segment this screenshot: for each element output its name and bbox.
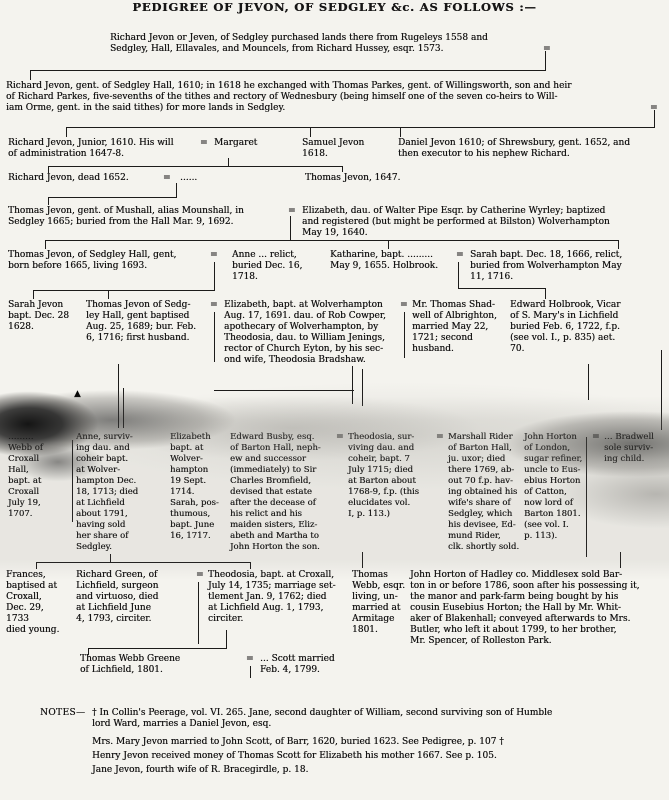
connector-line [36, 562, 250, 563]
connector-line [72, 440, 73, 522]
entry-gen7-thomas-jevon: Thomas Jevon of Sedg- ley Hall, gent bap… [86, 300, 196, 344]
entry-gen10-thomas-webb-greene: Thomas Webb Greene of Lichfield, 1801. [80, 654, 180, 676]
connector-line [108, 290, 109, 299]
connector-line [33, 290, 215, 291]
entry-gen8-marshall-rider: Marshall Rider of Barton Hall, ju. uxor;… [448, 432, 519, 553]
connector-line [110, 554, 111, 562]
connector-line [458, 288, 545, 289]
marriage-equals: = [400, 300, 408, 310]
artifact-line [588, 364, 589, 400]
entry-gen7-sarah-jevon: Sarah Jevon bapt. Dec. 28 1628. [8, 300, 69, 333]
entry-gen4-richard-jevon-dead: Richard Jevon, dead 1652. [8, 173, 129, 184]
entry-gen8-webb-of-croxall: ……… Webb of Croxall Hall, bapt. at Croxa… [8, 432, 43, 520]
connector-line [342, 166, 343, 172]
entry-gen5-thomas-jevon-mushall: Thomas Jevon, gent. of Mushall, alias Mo… [8, 206, 244, 228]
entry-gen9-richard-green: Richard Green, of Lichfield, surgeon and… [76, 570, 158, 625]
entry-gen9-john-horton-hadley: John Horton of Hadley co. Middlesex sold… [410, 570, 639, 647]
entry-gen3-daniel-jevon: Daniel Jevon 1610; of Shrewsbury, gent. … [398, 138, 630, 160]
connector-line [30, 70, 546, 71]
entry-gen10-scott: ... Scott married Feb. 4, 1799. [260, 654, 335, 676]
connector-line [250, 666, 251, 678]
entry-gen6-katharine: Katharine, bapt. ......... May 9, 1655. … [330, 250, 438, 272]
connector-line [654, 110, 655, 127]
connector-line [45, 240, 618, 241]
entry-gen8-bradwell: … Bradwell sole surviv- ing child. [604, 432, 654, 465]
connector-line [388, 240, 389, 249]
connector-line [48, 197, 177, 198]
note-2: Mrs. Mary Jevon married to John Scott, o… [92, 737, 504, 748]
artifact-line [661, 350, 662, 430]
connector-line [458, 262, 459, 288]
entry-gen8-theodosia-jevon: Theodosia, sur- viving dau. and coheir, … [348, 432, 419, 520]
connector-line [45, 240, 46, 249]
connector-line [48, 166, 49, 173]
entry-gen4-unknown-wife: ...... [180, 173, 197, 184]
entry-gen8-john-horton-london: John Horton of London, sugar refiner, un… [524, 432, 582, 542]
marriage-equals: = [436, 432, 444, 442]
marriage-equals: = [210, 250, 218, 260]
connector-line [250, 562, 251, 569]
note-1: † In Collin's Peerage, vol. VI. 265. Jan… [92, 708, 552, 730]
artifact-line [362, 369, 363, 406]
entry-gen3-margaret: Margaret [214, 138, 257, 149]
connector-line [36, 562, 37, 569]
note-3: Henry Jevon received money of Thomas Sco… [92, 751, 497, 762]
marriage-equals: = [210, 300, 218, 310]
connector-line [66, 127, 655, 128]
pedigree-document-page: PEDIGREE OF JEVON, OF SEDGLEY &c. AS FOL… [0, 0, 669, 800]
artifact-line [352, 366, 353, 404]
entry-gen8-elizabeth-and-sarah: Elizabeth bapt. at Wolver- hampton 19 Se… [170, 432, 219, 542]
connector-line [176, 183, 177, 197]
marriage-equals: = [163, 173, 171, 183]
marriage-equals: = [336, 432, 344, 442]
triangle-artifact: ▲ [74, 390, 81, 399]
connector-line [545, 51, 546, 70]
entry-gen7-elizabeth-cowper: Elizabeth, bapt. at Wolverhampton Aug. 1… [224, 300, 386, 366]
entry-gen7-edward-holbrook: Edward Holbrook, Vicar of S. Mary's in L… [510, 300, 620, 355]
entry-gen3-samuel-jevon: Samuel Jevon 1618. [302, 138, 364, 160]
entry-gen2-richard-jevon: Richard Jevon, gent. of Sedgley Hall, 16… [6, 81, 571, 114]
connector-line [310, 127, 311, 137]
connector-line [618, 240, 619, 249]
marriage-equals: = [200, 138, 208, 148]
connector-line [620, 552, 621, 568]
connector-line [400, 127, 401, 137]
entry-gen8-edward-busby: Edward Busby, esq. of Barton Hall, neph-… [230, 432, 321, 553]
entry-gen8-anne-jevon: Anne, surviv- ing dau. and coheir bapt. … [76, 432, 138, 553]
marriage-equals: = [196, 570, 204, 580]
entry-gen3-richard-jevon-junior: Richard Jevon, Junior, 1610. His will of… [8, 138, 173, 160]
connector-line [545, 288, 546, 299]
entry-gen6-sarah: Sarah bapt. Dec. 18, 1666, relict, burie… [470, 250, 622, 283]
connector-line [198, 582, 199, 644]
marriage-equals: = [288, 206, 296, 216]
scan-smudge-overlay [0, 0, 669, 800]
marriage-equals: = [592, 432, 600, 442]
connector-line [48, 166, 342, 167]
note-4: Jane Jevon, fourth wife of R. Bracegirdl… [92, 765, 308, 776]
connector-line [214, 312, 215, 362]
entry-gen9-thomas-webb: Thomas Webb, esqr. living, un- married a… [352, 570, 405, 636]
connector-line [48, 197, 49, 205]
connector-line [290, 216, 291, 240]
artifact-line [214, 390, 354, 391]
connector-line [362, 552, 363, 568]
connector-line [404, 312, 405, 358]
connector-line [214, 262, 215, 290]
connector-line [33, 290, 34, 299]
entry-gen1-richard-jevon: Richard Jevon or Jeven, of Sedgley purch… [110, 33, 488, 55]
page-title: PEDIGREE OF JEVON, OF SEDGLEY &c. AS FOL… [0, 0, 669, 14]
connector-line [586, 437, 587, 557]
artifact-line [118, 364, 119, 428]
entry-gen6-anne: Anne ... relict, buried Dec. 16, 1718. [232, 250, 302, 283]
connector-line [30, 70, 31, 80]
connector-line [66, 127, 67, 137]
entry-gen6-thomas-jevon-sedgley-hall: Thomas Jevon, of Sedgley Hall, gent, bor… [8, 250, 176, 272]
connector-line [88, 648, 227, 649]
entry-gen4-thomas-jevon-1647: Thomas Jevon, 1647. [305, 173, 400, 184]
entry-gen9-theodosia-webb: Theodosia, bapt. at Croxall, July 14, 17… [208, 570, 336, 625]
entry-gen5-elizabeth-pipe: Elizabeth, dau. of Walter Pipe Esqr. by … [302, 206, 610, 239]
connector-line [226, 630, 227, 648]
artifact-line [123, 388, 124, 428]
entry-gen7-thomas-shadwell: Mr. Thomas Shad- well of Albrighton, mar… [412, 300, 497, 355]
connector-line [228, 158, 229, 166]
notes-label: NOTES— [40, 708, 85, 719]
marriage-equals: = [246, 654, 254, 664]
marriage-equals: = [456, 250, 464, 260]
entry-gen9-frances: Frances, baptised at Croxall, Dec. 29, 1… [6, 570, 59, 636]
